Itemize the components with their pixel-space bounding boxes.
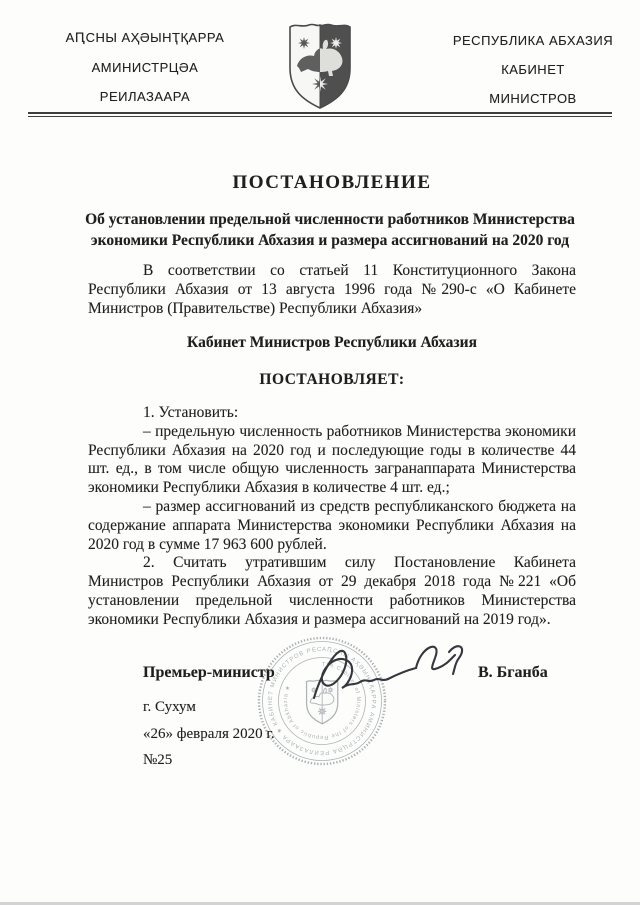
signature-autograph bbox=[288, 628, 478, 712]
header-divider-rule bbox=[28, 112, 612, 117]
org-name-russian: РЕСПУБЛИКА АБХАЗИЯ КАБИНЕТ МИНИСТРОВ bbox=[422, 33, 640, 120]
footer-date: «26» февраля 2020 г. bbox=[143, 721, 275, 748]
body-item: 1. Установить: bbox=[88, 404, 576, 423]
org-line: РЕИЛАЗААРА bbox=[26, 89, 264, 104]
org-line: АԤСНЫ АҲӘЫНҬҚАРРА bbox=[26, 30, 264, 46]
document-footer: г. Сухум «26» февраля 2020 г. №25 bbox=[143, 694, 275, 774]
org-name-abkhaz: АԤСНЫ АҲӘЫНҬҚАРРА АМИНИСТРЦӘА РЕИЛАЗААРА bbox=[26, 30, 264, 118]
org-line: МИНИСТРОВ bbox=[422, 91, 640, 106]
document-body: В соответствии со статьей 11 Конституцио… bbox=[88, 262, 576, 630]
document-subject: Об установлении предельной численности р… bbox=[78, 209, 582, 251]
document-page: АԤСНЫ АҲӘЫНҬҚАРРА АМИНИСТРЦӘА РЕИЛАЗААРА bbox=[0, 0, 640, 905]
footer-number: №25 bbox=[143, 747, 275, 774]
footer-city: г. Сухум bbox=[143, 694, 275, 721]
body-item: – размер ассигнований из средств республ… bbox=[88, 498, 576, 554]
preamble-paragraph: В соответствии со статьей 11 Конституцио… bbox=[88, 262, 576, 318]
abkhazia-coat-of-arms-icon bbox=[287, 20, 353, 112]
body-item: – предельную численность работников Мини… bbox=[88, 423, 576, 498]
authority-line: Кабинет Министров Республики Абхазия bbox=[88, 334, 576, 353]
org-line: АМИНИСТРЦӘА bbox=[26, 60, 264, 75]
subject-line: экономики Республики Абхазия и размера а… bbox=[78, 230, 582, 251]
signer-name: В. Бганба bbox=[478, 664, 548, 682]
org-line: КАБИНЕТ bbox=[422, 62, 640, 77]
org-line: РЕСПУБЛИКА АБХАЗИЯ bbox=[422, 33, 640, 48]
body-item: 2. Считать утратившим силу Постановление… bbox=[88, 554, 576, 629]
subject-line: Об установлении предельной численности р… bbox=[78, 209, 582, 230]
signer-post: Премьер-министр bbox=[143, 664, 275, 682]
decree-line: ПОСТАНОВЛЯЕТ: bbox=[88, 371, 576, 390]
document-title: ПОСТАНОВЛЕНИЕ bbox=[88, 172, 576, 194]
